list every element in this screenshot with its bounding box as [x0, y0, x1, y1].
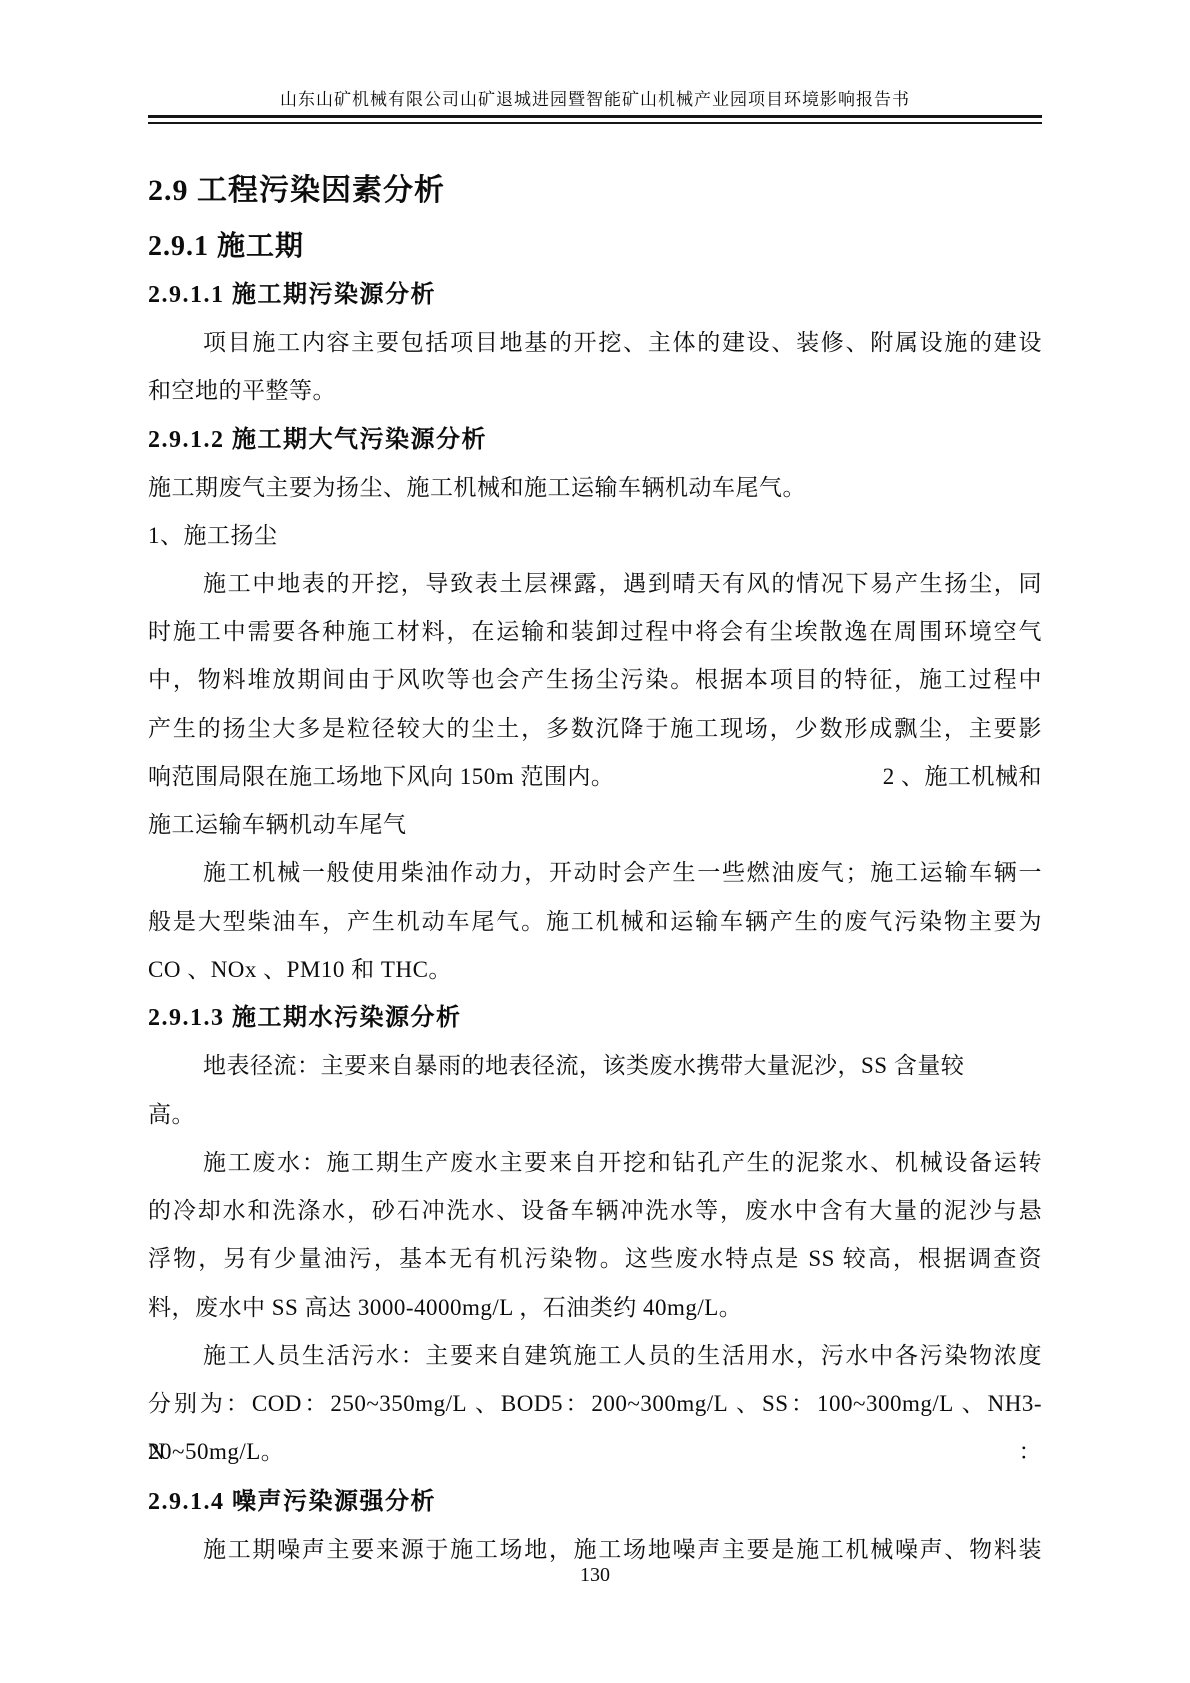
body-line: 项目施工内容主要包括项目地基的开挖、主体的建设、装修、附属设施的建设 — [148, 319, 1042, 367]
header-double-rule — [148, 115, 1042, 124]
body-line: 地表径流：主要来自暴雨的地表径流，该类废水携带大量泥沙，SS 含量较 — [148, 1042, 1042, 1090]
body-line: 施工中地表的开挖，导致表土层裸露，遇到晴天有风的情况下易产生扬尘，同 — [148, 560, 1042, 608]
document-page: 山东山矿机械有限公司山矿退城进园暨智能矿山机械产业园项目环境影响报告书 2.9 … — [0, 0, 1190, 1683]
heading-2-9-1-3: 2.9.1.3 施工期水污染源分析 — [148, 994, 1042, 1042]
list-item-label: 1、施工扬尘 — [148, 512, 1042, 560]
body-line: 时施工中需要各种施工材料，在运输和装卸过程中将会有尘埃散逸在周围环境空气 — [148, 608, 1042, 656]
split-line-left-text: 响范围局限在施工场地下风向 150m 范围内。 — [148, 753, 614, 801]
body-line: 分别为：COD：250~350mg/L 、BOD5：200~300mg/L 、S… — [148, 1380, 1042, 1428]
body-line: 施工期废气主要为扬尘、施工机械和施工运输车辆机动车尾气。 — [148, 464, 1042, 512]
body-line: 般是大型柴油车，产生机动车尾气。施工机械和运输车辆产生的废气污染物主要为 — [148, 898, 1042, 946]
body-line: 产生的扬尘大多是粒径较大的尘土，多数沉降于施工现场，少数形成飘尘，主要影 — [148, 705, 1042, 753]
heading-2-9-1-2: 2.9.1.2 施工期大气污染源分析 — [148, 416, 1042, 464]
split-line-right-text: 2 、施工机械和 — [883, 753, 1042, 801]
body-line: 施工人员生活污水：主要来自建筑施工人员的生活用水，污水中各污染物浓度 — [148, 1332, 1042, 1380]
heading-2-9-1-1: 2.9.1.1 施工期污染源分析 — [148, 271, 1042, 319]
body-line: 中，物料堆放期间由于风吹等也会产生扬尘污染。根据本项目的特征，施工过程中 — [148, 656, 1042, 704]
body-line: 施工废水：施工期生产废水主要来自开挖和钻孔产生的泥浆水、机械设备运转 — [148, 1139, 1042, 1187]
heading-2-9: 2.9 工程污染因素分析 — [148, 167, 1042, 215]
body-line: 20~50mg/L。 — [148, 1428, 1042, 1476]
heading-2-9-1-4: 2.9.1.4 噪声污染源强分析 — [148, 1478, 1042, 1526]
body-line: 浮物，另有少量油污，基本无有机污染物。这些废水特点是 SS 较高，根据调查资 — [148, 1235, 1042, 1283]
body-line: CO 、NOx 、PM10 和 THC。 — [148, 946, 1042, 994]
heading-2-9-1: 2.9.1 施工期 — [148, 223, 1042, 271]
body-line: 和空地的平整等。 — [148, 367, 1042, 415]
body-line: 施工运输车辆机动车尾气 — [148, 801, 1042, 849]
body-line-split: 响范围局限在施工场地下风向 150m 范围内。 2 、施工机械和 — [148, 753, 1042, 801]
doc-header-title: 山东山矿机械有限公司山矿退城进园暨智能矿山机械产业园项目环境影响报告书 — [148, 86, 1042, 114]
page-number: 130 — [148, 1560, 1042, 1590]
body-line: 施工机械一般使用柴油作动力，开动时会产生一些燃油废气；施工运输车辆一 — [148, 849, 1042, 897]
body-line: 高。 — [148, 1091, 1042, 1139]
body-line: 料，废水中 SS 高达 3000-4000mg/L ，石油类约 40mg/L。 — [148, 1284, 1042, 1332]
body-line: 的冷却水和洗涤水，砂石冲洗水、设备车辆冲洗水等，废水中含有大量的泥沙与悬 — [148, 1187, 1042, 1235]
